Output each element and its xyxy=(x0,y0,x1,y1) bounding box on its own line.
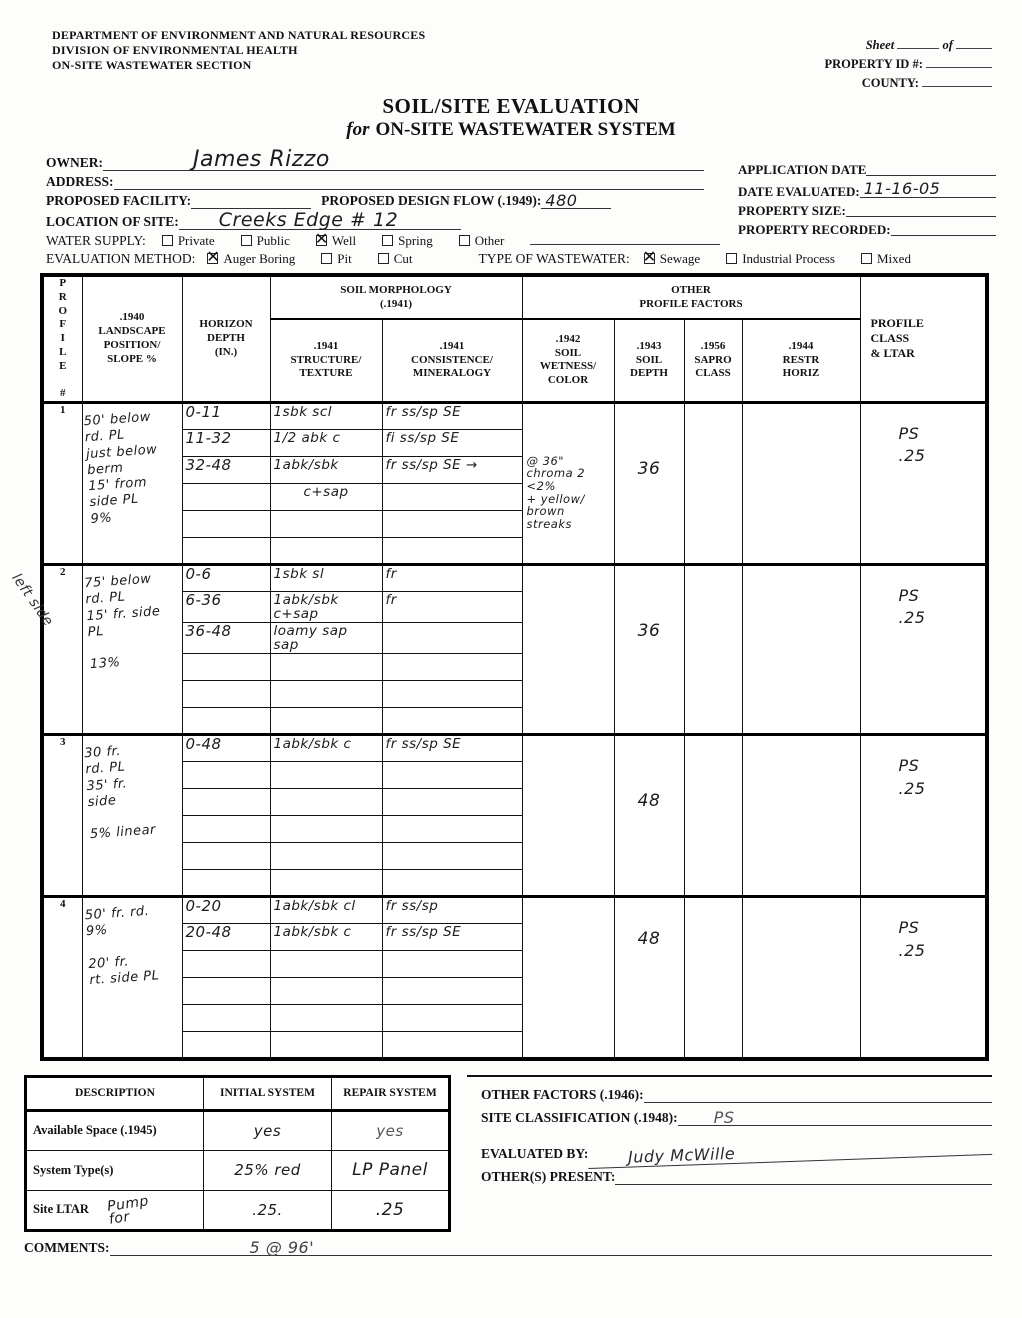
sheet-total-field xyxy=(956,48,992,49)
property-id-label: PROPERTY ID #: xyxy=(824,57,922,71)
option-industrial-process-label: Industrial Process xyxy=(742,251,835,266)
profile-4-depth-1: 0-20 xyxy=(182,897,270,924)
profile-4-consistence-3 xyxy=(382,951,522,978)
profile-3-consistence-6 xyxy=(382,870,522,897)
water-other-field xyxy=(530,244,720,245)
checkbox-cut xyxy=(378,253,389,264)
evaluation-summary-block: OTHER FACTORS (.1946): SITE CLASSIFICATI… xyxy=(467,1075,992,1232)
county-line: COUNTY: xyxy=(824,74,992,93)
col-header-sapro-class: .1956 SAPRO CLASS xyxy=(684,319,742,402)
water-supply-label: WATER SUPPLY: xyxy=(46,233,146,249)
col-header-profile-number: P R O F I L E # xyxy=(42,275,82,402)
profile-2-depth-6 xyxy=(182,708,270,735)
evaluation-method-label: EVALUATION METHOD: xyxy=(46,251,195,267)
proposed-facility-label: PROPOSED FACILITY: xyxy=(46,193,191,209)
date-evaluated-value: 11-16-05 xyxy=(860,182,996,197)
profile-3-structure-2 xyxy=(270,762,382,789)
profile-1-depth-5 xyxy=(182,510,270,537)
department-block: DEPARTMENT OF ENVIRONMENT AND NATURAL RE… xyxy=(52,28,425,92)
profile-2-consistence-1: fr xyxy=(382,564,522,591)
title-line-2: forON-SITE WASTEWATER SYSTEM xyxy=(0,119,1022,141)
profile-4-consistence-1: fr ss/sp xyxy=(382,897,522,924)
checkbox-private xyxy=(162,235,173,246)
evaluated-by-signature: Judy McWille xyxy=(588,1135,992,1169)
profile-1-number: 1 xyxy=(42,402,82,564)
option-spring: Spring xyxy=(382,233,433,249)
option-cut: Cut xyxy=(378,251,413,267)
profile-1-row-1: 1 50' below rd. PL just below berm 15' f… xyxy=(42,402,987,429)
profile-3-consistence-1: fr ss/sp SE xyxy=(382,735,522,762)
available-space-initial: yes xyxy=(204,1110,332,1150)
profile-2-depth-5 xyxy=(182,681,270,708)
property-size-label: PROPERTY SIZE: xyxy=(738,204,846,217)
date-evaluated-label: DATE EVALUATED: xyxy=(738,185,860,198)
option-pit-label: Pit xyxy=(337,251,351,266)
summary-col-repair-system: REPAIR SYSTEM xyxy=(332,1076,450,1110)
address-label: ADDRESS: xyxy=(46,174,114,190)
profile-2-consistence-2: fr xyxy=(382,591,522,622)
comments-label: COMMENTS: xyxy=(24,1240,110,1256)
profile-4-number: 4 xyxy=(42,897,82,1059)
profile-2-depth-1: 0-6 xyxy=(182,564,270,591)
system-type-label: System Type(s) xyxy=(26,1150,204,1190)
option-spring-label: Spring xyxy=(398,233,433,248)
col-header-structure: .1941 STRUCTURE/ TEXTURE xyxy=(270,319,382,402)
col-header-restr-horiz: .1944 RESTR HORIZ xyxy=(742,319,860,402)
profile-2-restr xyxy=(742,564,860,735)
option-sewage: Sewage xyxy=(644,251,700,267)
sheet-property-block: Sheet of PROPERTY ID #: COUNTY: xyxy=(824,28,992,92)
profile-3-landscape: 30 fr. rd. PL 35' fr. side 5% linear xyxy=(82,735,182,897)
profile-2-consistence-5 xyxy=(382,681,522,708)
profile-4-consistence-4 xyxy=(382,978,522,1005)
location-of-site-value: Creeks Edge # 12 xyxy=(179,212,462,230)
profile-1-depth-2: 11-32 xyxy=(182,429,270,456)
profile-3-consistence-2 xyxy=(382,762,522,789)
profile-1-consistence-4 xyxy=(382,483,522,510)
checkbox-sewage xyxy=(644,253,655,264)
comments-line: COMMENTS: 5 @ 96' xyxy=(24,1240,1022,1256)
profile-1-structure-1: 1sbk scl xyxy=(270,402,382,429)
site-ltar-repair: .25 xyxy=(332,1190,450,1230)
option-other: Other xyxy=(459,233,505,249)
profile-3-depth-2 xyxy=(182,762,270,789)
profile-1-depth-6 xyxy=(182,537,270,564)
form-fields: APPLICATION DATE DATE EVALUATED:11-16-05… xyxy=(0,141,1022,267)
profile-1-sapro xyxy=(684,402,742,564)
summary-row-system-type: System Type(s) 25% red LP Panel xyxy=(26,1150,450,1190)
evaluation-method-line: EVALUATION METHOD: Auger Boring Pit Cut … xyxy=(46,251,994,267)
profile-1-consistence-2: fi ss/sp SE xyxy=(382,429,522,456)
profile-2-consistence-3 xyxy=(382,623,522,654)
profile-3-wetness xyxy=(522,735,614,897)
checkbox-other xyxy=(459,235,470,246)
page-header: DEPARTMENT OF ENVIRONMENT AND NATURAL RE… xyxy=(0,0,1022,92)
profile-2-class-ltar: PS .25 xyxy=(860,564,987,735)
dept-line-1: DEPARTMENT OF ENVIRONMENT AND NATURAL RE… xyxy=(52,28,425,43)
profile-4-structure-1: 1abk/sbk cl xyxy=(270,897,382,924)
profile-4-restr xyxy=(742,897,860,1059)
application-date-field xyxy=(866,175,996,176)
option-cut-label: Cut xyxy=(394,251,413,266)
form-title: SOIL/SITE EVALUATION forON-SITE WASTEWAT… xyxy=(0,94,1022,141)
profile-3-depth-1: 0-48 xyxy=(182,735,270,762)
title-rest: ON-SITE WASTEWATER SYSTEM xyxy=(376,119,676,140)
of-label: of xyxy=(942,38,952,52)
summary-col-initial-system: INITIAL SYSTEM xyxy=(204,1076,332,1110)
profile-3-consistence-5 xyxy=(382,843,522,870)
checkbox-mixed xyxy=(861,253,872,264)
profile-4-landscape: 50' fr. rd. 9% 20' fr. rt. side PL xyxy=(82,897,182,1059)
profile-3-sapro xyxy=(684,735,742,897)
profile-2-number: 2 xyxy=(42,564,82,735)
owner-label: OWNER: xyxy=(46,155,103,171)
profile-3-structure-4 xyxy=(270,816,382,843)
property-id-field xyxy=(926,67,992,68)
profile-3-depth-4 xyxy=(182,816,270,843)
owner-value: James Rizzo xyxy=(103,151,704,171)
evaluated-by-label: EVALUATED BY: xyxy=(481,1146,588,1162)
design-flow-value: 480 xyxy=(541,194,611,209)
col-header-horizon-depth: HORIZON DEPTH (IN.) xyxy=(182,275,270,402)
profile-4-depth-4 xyxy=(182,978,270,1005)
profile-2-depth-3: 36-48 xyxy=(182,623,270,654)
profile-1-structure-6 xyxy=(270,537,382,564)
other-factors-label: OTHER FACTORS (.1946): xyxy=(481,1087,644,1103)
profile-4-consistence-2: fr ss/sp SE xyxy=(382,924,522,951)
option-industrial-process: Industrial Process xyxy=(726,251,835,267)
others-present-label: OTHER(S) PRESENT: xyxy=(481,1169,615,1185)
property-size-field xyxy=(846,216,996,217)
property-recorded-label: PROPERTY RECORDED: xyxy=(738,223,891,236)
profile-2-landscape: 75' below rd. PL 15' fr. side PL 13% xyxy=(82,564,182,735)
option-other-label: Other xyxy=(475,233,505,248)
profile-1-restr xyxy=(742,402,860,564)
profile-3-depth-5 xyxy=(182,843,270,870)
profile-4-depth-6 xyxy=(182,1032,270,1059)
profile-4-structure-6 xyxy=(270,1032,382,1059)
profile-4-sapro xyxy=(684,897,742,1059)
profile-4-structure-2: 1abk/sbk c xyxy=(270,924,382,951)
checkbox-auger-boring xyxy=(207,253,218,264)
checkbox-well xyxy=(316,235,327,246)
col-header-profile-class: PROFILE CLASS & LTAR xyxy=(860,275,987,402)
option-pit: Pit xyxy=(321,251,351,267)
profile-2-structure-3: loamy sap sap xyxy=(270,623,382,654)
property-id-line: PROPERTY ID #: xyxy=(824,55,992,74)
profile-2-row-1: 2 75' below rd. PL 15' fr. side PL 13% 0… xyxy=(42,564,987,591)
application-date-label: APPLICATION DATE xyxy=(738,163,866,176)
sheet-label: Sheet xyxy=(866,38,894,52)
profile-2-consistence-6 xyxy=(382,708,522,735)
profile-1-structure-3: 1abk/sbk xyxy=(270,456,382,483)
profile-4-wetness xyxy=(522,897,614,1059)
profile-3-soil-depth: 48 xyxy=(614,735,684,897)
wastewater-type-label: TYPE OF WASTEWATER: xyxy=(479,251,630,267)
profile-3-number: 3 xyxy=(42,735,82,897)
profile-2-soil-depth: 36 xyxy=(614,564,684,735)
profile-2-depth-4 xyxy=(182,654,270,681)
profile-4-structure-4 xyxy=(270,978,382,1005)
option-well: Well xyxy=(316,233,356,249)
profile-4-depth-3 xyxy=(182,951,270,978)
profile-3-consistence-3 xyxy=(382,789,522,816)
system-summary-table: DESCRIPTION INITIAL SYSTEM REPAIR SYSTEM… xyxy=(24,1075,451,1232)
profile-2-wetness xyxy=(522,564,614,735)
others-present-value xyxy=(615,1184,992,1185)
profile-1-class-ltar: PS .25 xyxy=(860,402,987,564)
system-type-repair: LP Panel xyxy=(332,1150,450,1190)
option-mixed: Mixed xyxy=(861,251,911,267)
profile-4-structure-5 xyxy=(270,1005,382,1032)
profile-3-structure-3 xyxy=(270,789,382,816)
profile-1-depth-1: 0-11 xyxy=(182,402,270,429)
system-type-initial: 25% red xyxy=(204,1150,332,1190)
col-header-landscape: .1940 LANDSCAPE POSITION/ SLOPE % xyxy=(82,275,182,402)
profile-2-structure-1: 1sbk sl xyxy=(270,564,382,591)
profile-3-class-ltar: PS .25 xyxy=(860,735,987,897)
profile-2-sapro xyxy=(684,564,742,735)
address-field xyxy=(114,189,704,190)
option-public-label: Public xyxy=(257,233,290,248)
profile-2-structure-6 xyxy=(270,708,382,735)
group-header-soil-morphology: SOIL MORPHOLOGY (.1941) xyxy=(270,275,522,319)
available-space-label: Available Space (.1945) xyxy=(26,1110,204,1150)
profile-1-structure-5 xyxy=(270,510,382,537)
profile-3-depth-3 xyxy=(182,789,270,816)
site-classification-label: SITE CLASSIFICATION (.1948): xyxy=(481,1110,678,1126)
profile-1-consistence-5 xyxy=(382,510,522,537)
title-for-word: for xyxy=(346,119,369,140)
profile-4-class-ltar: PS .25 xyxy=(860,897,987,1059)
profile-1-consistence-1: fr ss/sp SE xyxy=(382,402,522,429)
profile-2-structure-2: 1abk/sbk c+sap xyxy=(270,591,382,622)
col-header-consistence: .1941 CONSISTENCE/ MINERALOGY xyxy=(382,319,522,402)
profile-3-structure-5 xyxy=(270,843,382,870)
dept-line-3: ON-SITE WASTEWATER SECTION xyxy=(52,58,425,73)
dept-line-2: DIVISION OF ENVIRONMENTAL HEALTH xyxy=(52,43,425,58)
profile-2-depth-2: 6-36 xyxy=(182,591,270,622)
profile-1-structure-4: c+sap xyxy=(270,483,382,510)
profile-1-wetness: @ 36" chroma 2 <2% + yellow/ brown strea… xyxy=(522,402,614,564)
sheet-line: Sheet of xyxy=(824,36,992,55)
county-label: COUNTY: xyxy=(862,76,919,90)
profile-1-landscape: 50' below rd. PL just below berm 15' fro… xyxy=(82,402,182,564)
group-header-other-profile-factors: OTHER PROFILE FACTORS xyxy=(522,275,860,319)
profile-3-depth-6 xyxy=(182,870,270,897)
design-flow-label: PROPOSED DESIGN FLOW (.1949): xyxy=(321,193,541,209)
option-private-label: Private xyxy=(178,233,215,248)
summary-row-site-ltar: Site LTAR .25. .25 xyxy=(26,1190,450,1230)
profile-2-structure-4 xyxy=(270,654,382,681)
option-auger-boring: Auger Boring xyxy=(207,251,295,267)
county-field xyxy=(922,86,992,87)
col-header-wetness: .1942 SOIL WETNESS/ COLOR xyxy=(522,319,614,402)
checkbox-public xyxy=(241,235,252,246)
checkbox-spring xyxy=(382,235,393,246)
profile-3-row-1: 3 30 fr. rd. PL 35' fr. side 5% linear 0… xyxy=(42,735,987,762)
summary-col-description: DESCRIPTION xyxy=(26,1076,204,1110)
profile-1-consistence-3: fr ss/sp SE → xyxy=(382,456,522,483)
summary-row-available-space: Available Space (.1945) yes yes xyxy=(26,1110,450,1150)
sheet-number-field xyxy=(897,48,939,49)
profile-3-restr xyxy=(742,735,860,897)
profile-4-depth-2: 20-48 xyxy=(182,924,270,951)
right-field-column: APPLICATION DATE DATE EVALUATED:11-16-05… xyxy=(738,149,996,241)
profile-3-structure-6 xyxy=(270,870,382,897)
bottom-section: DESCRIPTION INITIAL SYSTEM REPAIR SYSTEM… xyxy=(24,1075,1022,1232)
profile-3-consistence-4 xyxy=(382,816,522,843)
profile-4-row-1: 4 50' fr. rd. 9% 20' fr. rt. side PL 0-2… xyxy=(42,897,987,924)
option-auger-boring-label: Auger Boring xyxy=(223,251,295,266)
profile-2-consistence-4 xyxy=(382,654,522,681)
profile-1-depth-3: 32-48 xyxy=(182,456,270,483)
option-mixed-label: Mixed xyxy=(877,251,911,266)
available-space-repair: yes xyxy=(332,1110,450,1150)
profile-4-consistence-6 xyxy=(382,1032,522,1059)
profile-4-depth-5 xyxy=(182,1005,270,1032)
comments-value: 5 @ 96' xyxy=(110,1241,993,1256)
profile-1-soil-depth: 36 xyxy=(614,402,684,564)
location-of-site-label: LOCATION OF SITE: xyxy=(46,214,179,230)
site-classification-value: PS xyxy=(678,1111,992,1126)
soil-evaluation-table: P R O F I L E # .1940 LANDSCAPE POSITION… xyxy=(40,273,989,1061)
site-ltar-initial: .25. xyxy=(204,1190,332,1230)
other-factors-value xyxy=(644,1102,992,1103)
title-line-1: SOIL/SITE EVALUATION xyxy=(0,94,1022,119)
option-well-label: Well xyxy=(332,233,356,248)
profile-4-structure-3 xyxy=(270,951,382,978)
profile-4-soil-depth: 48 xyxy=(614,897,684,1059)
profile-4-consistence-5 xyxy=(382,1005,522,1032)
checkbox-pit xyxy=(321,253,332,264)
profile-2-structure-5 xyxy=(270,681,382,708)
col-header-soil-depth: .1943 SOIL DEPTH xyxy=(614,319,684,402)
option-sewage-label: Sewage xyxy=(660,251,700,266)
profile-1-depth-4 xyxy=(182,483,270,510)
property-recorded-field xyxy=(891,235,996,236)
profile-1-consistence-6 xyxy=(382,537,522,564)
profile-1-structure-2: 1/2 abk c xyxy=(270,429,382,456)
option-public: Public xyxy=(241,233,290,249)
profile-3-structure-1: 1abk/sbk c xyxy=(270,735,382,762)
checkbox-industrial-process xyxy=(726,253,737,264)
